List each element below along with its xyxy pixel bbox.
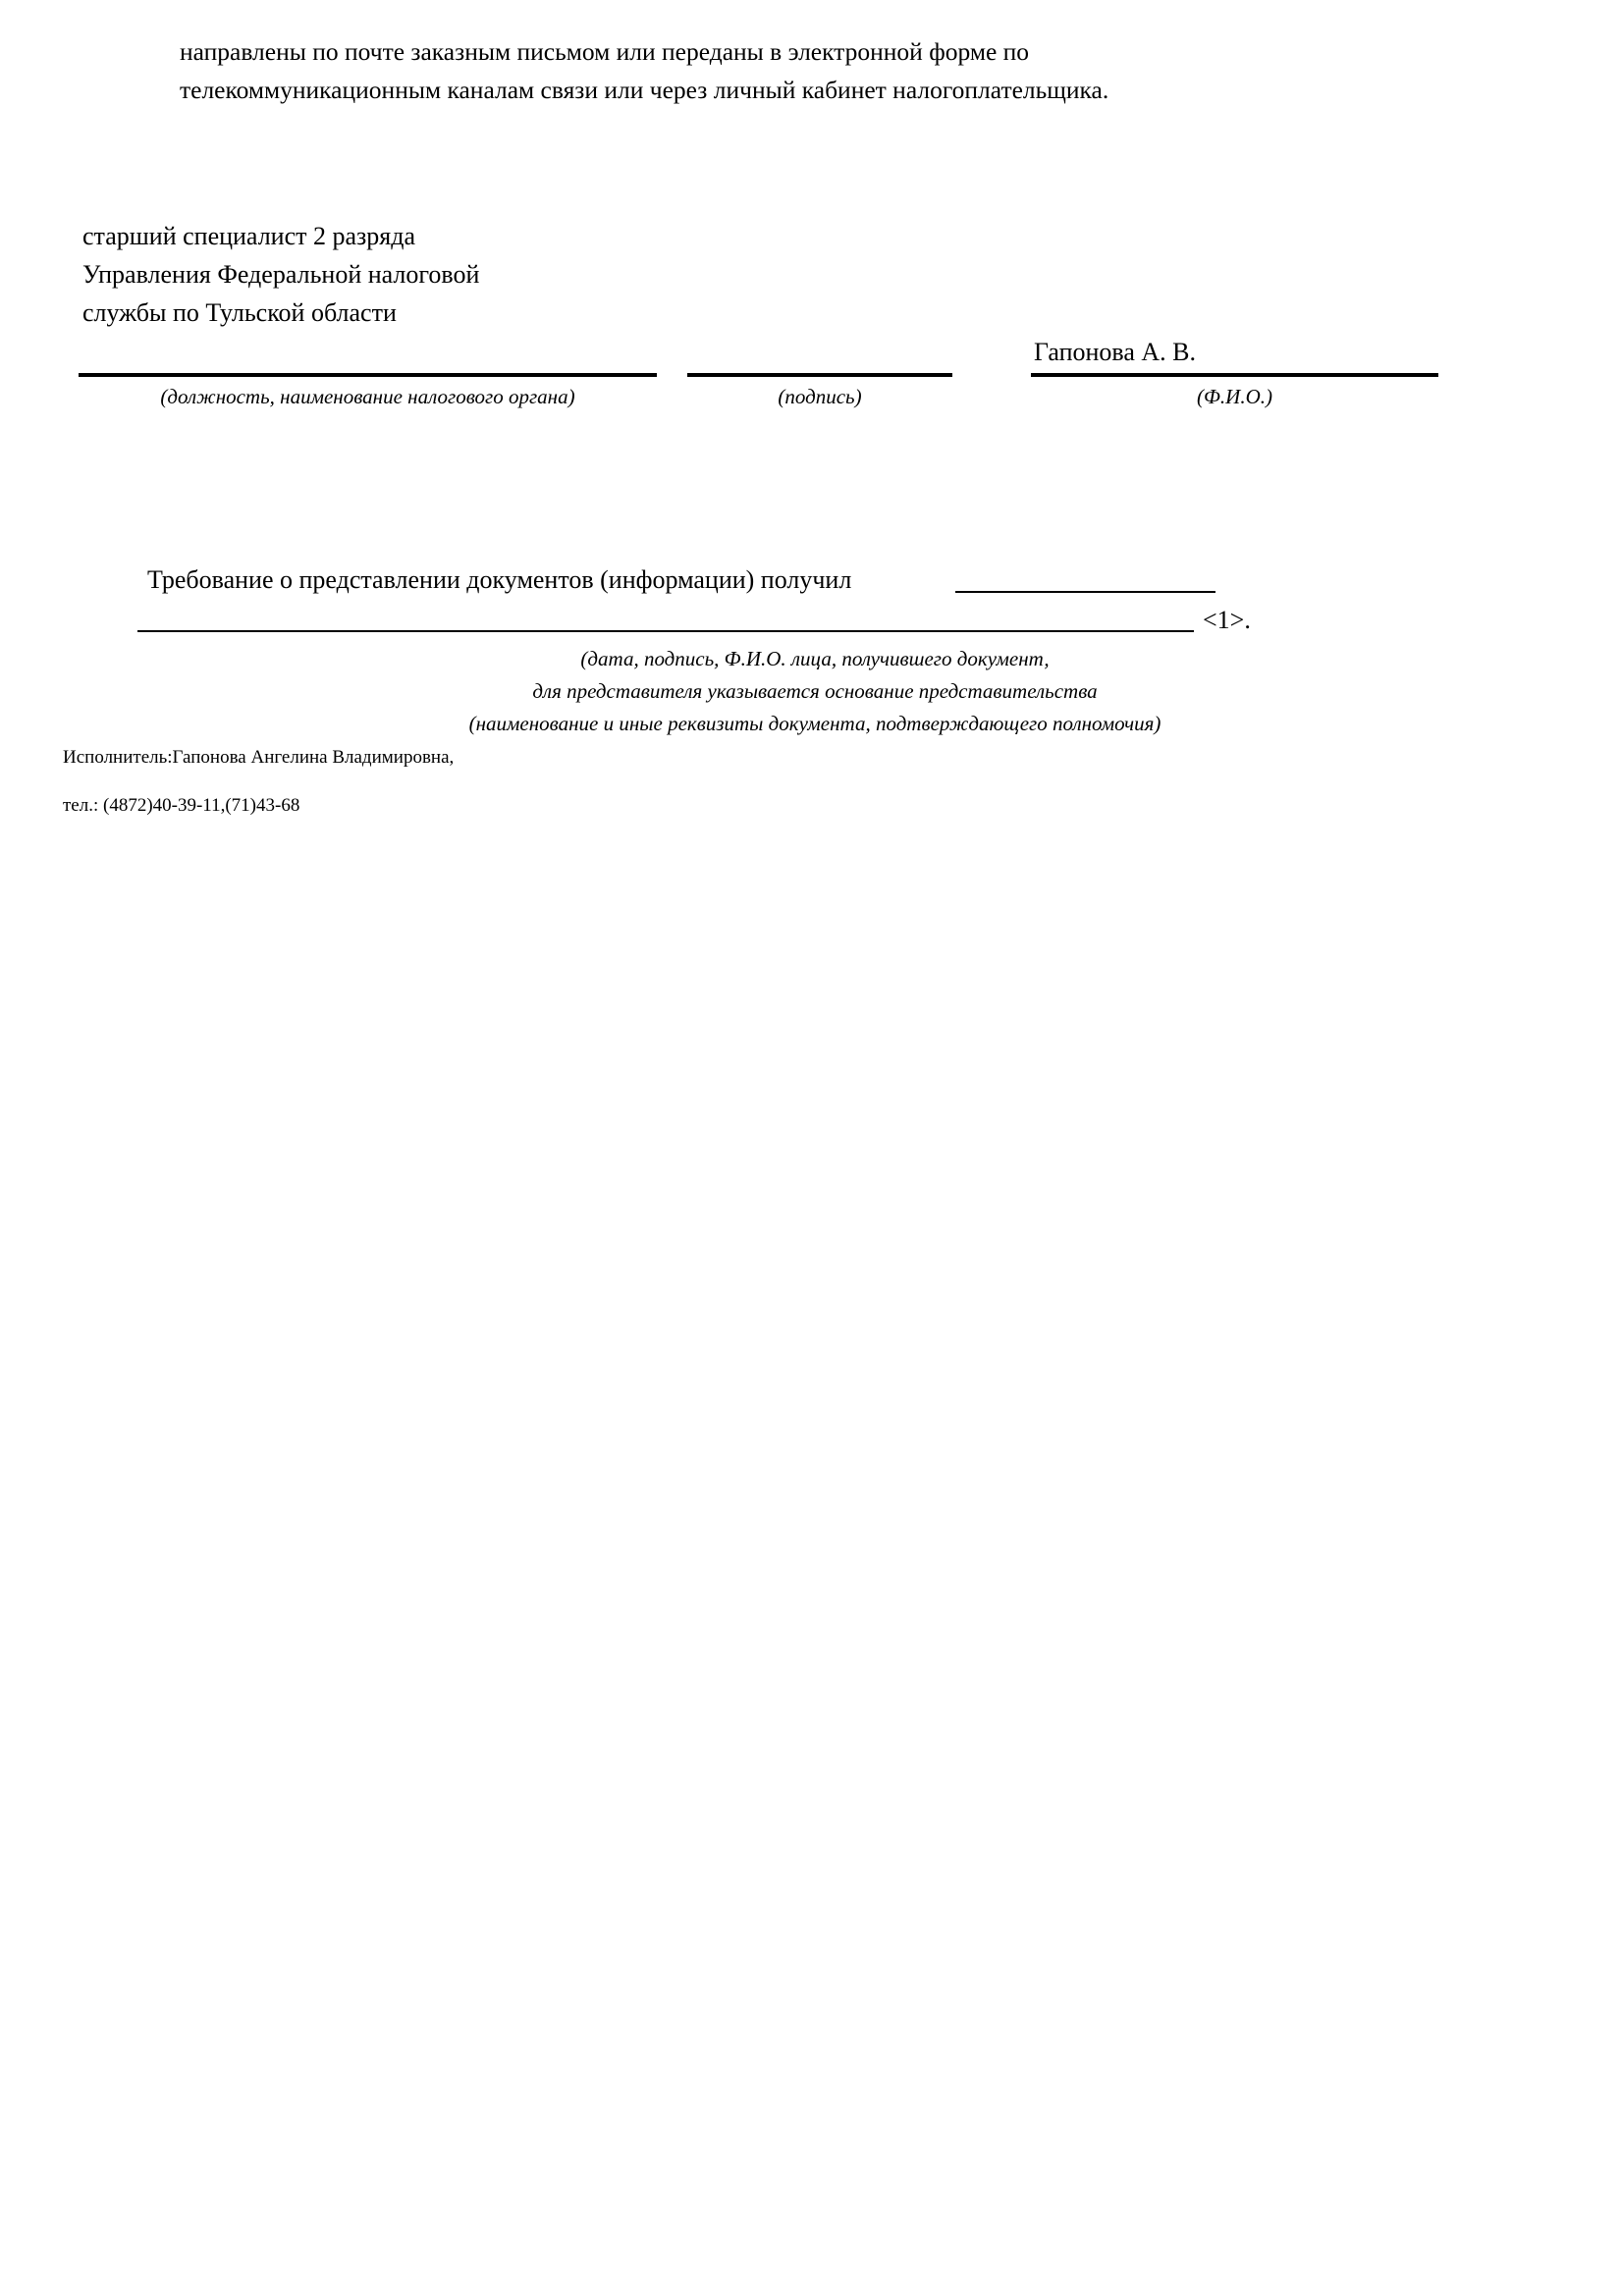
position-line-2: Управления Федеральной налоговой: [82, 262, 479, 288]
signature-rule: [687, 373, 952, 377]
position-line-3: службы по Тульской области: [82, 300, 397, 326]
position-rule: [79, 373, 657, 377]
receipt-caption-line-1: (дата, подпись, Ф.И.О. лица, получившего…: [373, 648, 1257, 669]
receipt-rule-1: [955, 591, 1215, 593]
executor-phone: тел.: (4872)40-39-11,(71)43-68: [63, 796, 299, 816]
body-text-line-1: направлены по почте заказным письмом или…: [180, 39, 1029, 65]
position-line-1: старший специалист 2 разряда: [82, 224, 415, 249]
receipt-caption-line-2: для представителя указывается основание …: [373, 680, 1257, 702]
receipt-rule-2: [137, 630, 1194, 632]
receipt-text: Требование о представлении документов (и…: [147, 567, 851, 593]
fio-rule: [1031, 373, 1438, 377]
footnote-ref: <1>.: [1203, 608, 1251, 633]
executor-line: Исполнитель:Гапонова Ангелина Владимиров…: [63, 748, 454, 768]
signatory-name: Гапонова А. В.: [1034, 340, 1196, 365]
fio-caption: (Ф.И.О.): [1031, 386, 1438, 407]
position-caption: (должность, наименование налогового орга…: [79, 386, 657, 407]
body-text-line-2: телекоммуникационным каналам связи или ч…: [180, 78, 1108, 103]
receipt-caption-line-3: (наименование и иные реквизиты документа…: [373, 713, 1257, 734]
signature-caption: (подпись): [687, 386, 952, 407]
